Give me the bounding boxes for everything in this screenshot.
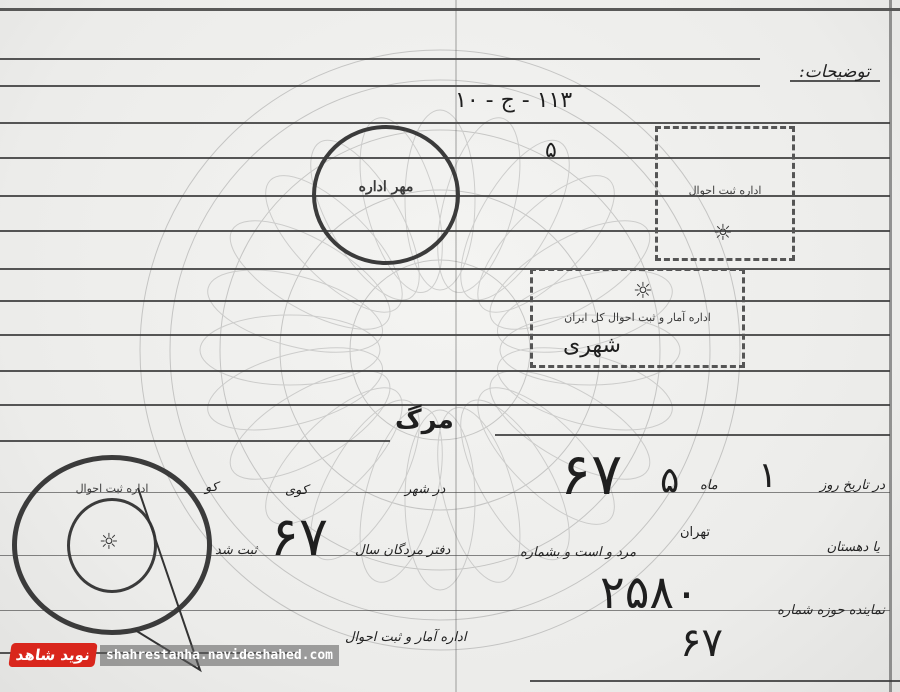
ruled-line — [0, 58, 760, 60]
notes-label: توضیحات: — [799, 62, 870, 82]
emblem-icon: ☼ — [633, 279, 653, 304]
death-report-label: مرد و است و بشماره — [520, 545, 636, 560]
rect-stamp-middle: ☼ اداره آمار و ثبت احوال کل ایران شهری — [530, 268, 745, 368]
alley-label: کوی — [285, 483, 308, 498]
stamp-handwritten: شهری — [563, 333, 621, 358]
document-page: توضیحات: ۱۱۳ - ج - ۱۰ ۵ مهر اداره اداره … — [0, 0, 900, 692]
month-label: ماه — [700, 478, 718, 493]
stamp-text: اداره ثبت احوال — [658, 184, 792, 197]
representative-number: ۲۵۸۰ — [600, 565, 699, 619]
representative-sub: ۶۷ — [680, 620, 723, 666]
ruled-line — [0, 268, 890, 270]
ruled-line — [0, 122, 890, 124]
year-value: ۶۷ — [560, 440, 622, 508]
right-border — [889, 0, 892, 692]
office-label: اداره آمار و ثبت احوال — [345, 630, 466, 645]
ruled-line — [0, 370, 890, 372]
date-label: در تاریخ روز — [820, 478, 885, 493]
ruled-line — [0, 334, 890, 336]
stamp-text: اداره آمار و ثبت احوال کل ایران — [533, 311, 742, 324]
notes-handwritten: ۱۱۳ - ج - ۱۰ — [455, 88, 572, 113]
site-url: shahrestanha.navideshahed.com — [100, 645, 339, 666]
ruled-line — [0, 300, 890, 302]
ruled-line — [495, 434, 890, 436]
registry-year-value: ۶۷ — [270, 505, 328, 568]
day-value: ۱ — [758, 455, 777, 496]
emblem-icon: ☼ — [99, 530, 119, 555]
township-value: تهران — [680, 525, 710, 540]
ruled-line — [530, 680, 900, 682]
notes-mark: ۵ — [545, 138, 557, 163]
month-value: ۵ — [660, 460, 679, 501]
rect-stamp-top-right: اداره ثبت احوال ☼ — [655, 126, 795, 261]
ruled-line — [0, 85, 760, 87]
lion-sun-emblem-icon: ☼ — [713, 221, 733, 246]
registry-label: دفتر مردگان سال — [355, 543, 450, 558]
top-border — [0, 8, 900, 11]
seal-text: مهر اداره — [316, 179, 456, 195]
site-watermark: نوید شاهد shahrestanha.navideshahed.com — [10, 643, 339, 667]
representative-label: نماینده حوزه شماره — [777, 603, 885, 618]
brand-logo: نوید شاهد — [8, 643, 97, 667]
township-label: یا دهستان — [827, 540, 880, 555]
ruled-line — [0, 440, 390, 442]
city-label: در شهر — [405, 482, 445, 497]
section-heading: مرگ — [395, 405, 454, 435]
round-seal-top: مهر اداره — [312, 125, 460, 265]
